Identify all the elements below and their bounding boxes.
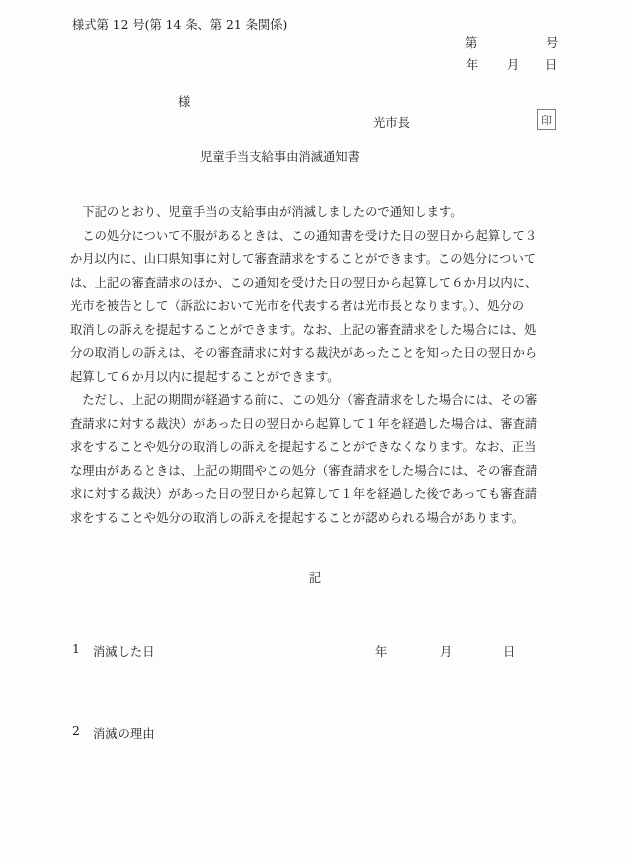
date-year-label: 年 <box>466 55 478 73</box>
item-1-label: 消滅した日 <box>93 642 155 660</box>
addressee-honorific: 様 <box>178 92 190 110</box>
item-2-number: 2 <box>72 724 80 738</box>
date-day-label: 日 <box>545 55 557 73</box>
section-marker-ki: 記 <box>70 568 560 586</box>
seal-placeholder-box: 印 <box>537 109 556 130</box>
document-number-suffix: 号 <box>546 33 558 51</box>
document-title: 児童手当支給事由消滅通知書 <box>200 147 360 165</box>
issuer-name: 光市長 <box>373 113 410 131</box>
seal-character: 印 <box>541 112 552 128</box>
item-2-label: 消滅の理由 <box>93 724 155 742</box>
item-1-number: 1 <box>72 642 80 656</box>
notice-body-text: 下記のとおり、児童手当の支給事由が消滅しましたので通知します。 この処分について… <box>70 201 570 530</box>
document-number-prefix: 第 <box>465 33 477 51</box>
item-1-year-label: 年 <box>375 642 387 660</box>
date-month-label: 月 <box>507 55 519 73</box>
item-1-month-label: 月 <box>440 642 452 660</box>
notice-document-page: 様式第 12 号(第 14 条、第 21 条関係) 第 号 年 月 日 様 光市… <box>0 0 630 861</box>
item-1-day-label: 日 <box>503 642 515 660</box>
form-number: 様式第 12 号(第 14 条、第 21 条関係) <box>72 15 287 33</box>
